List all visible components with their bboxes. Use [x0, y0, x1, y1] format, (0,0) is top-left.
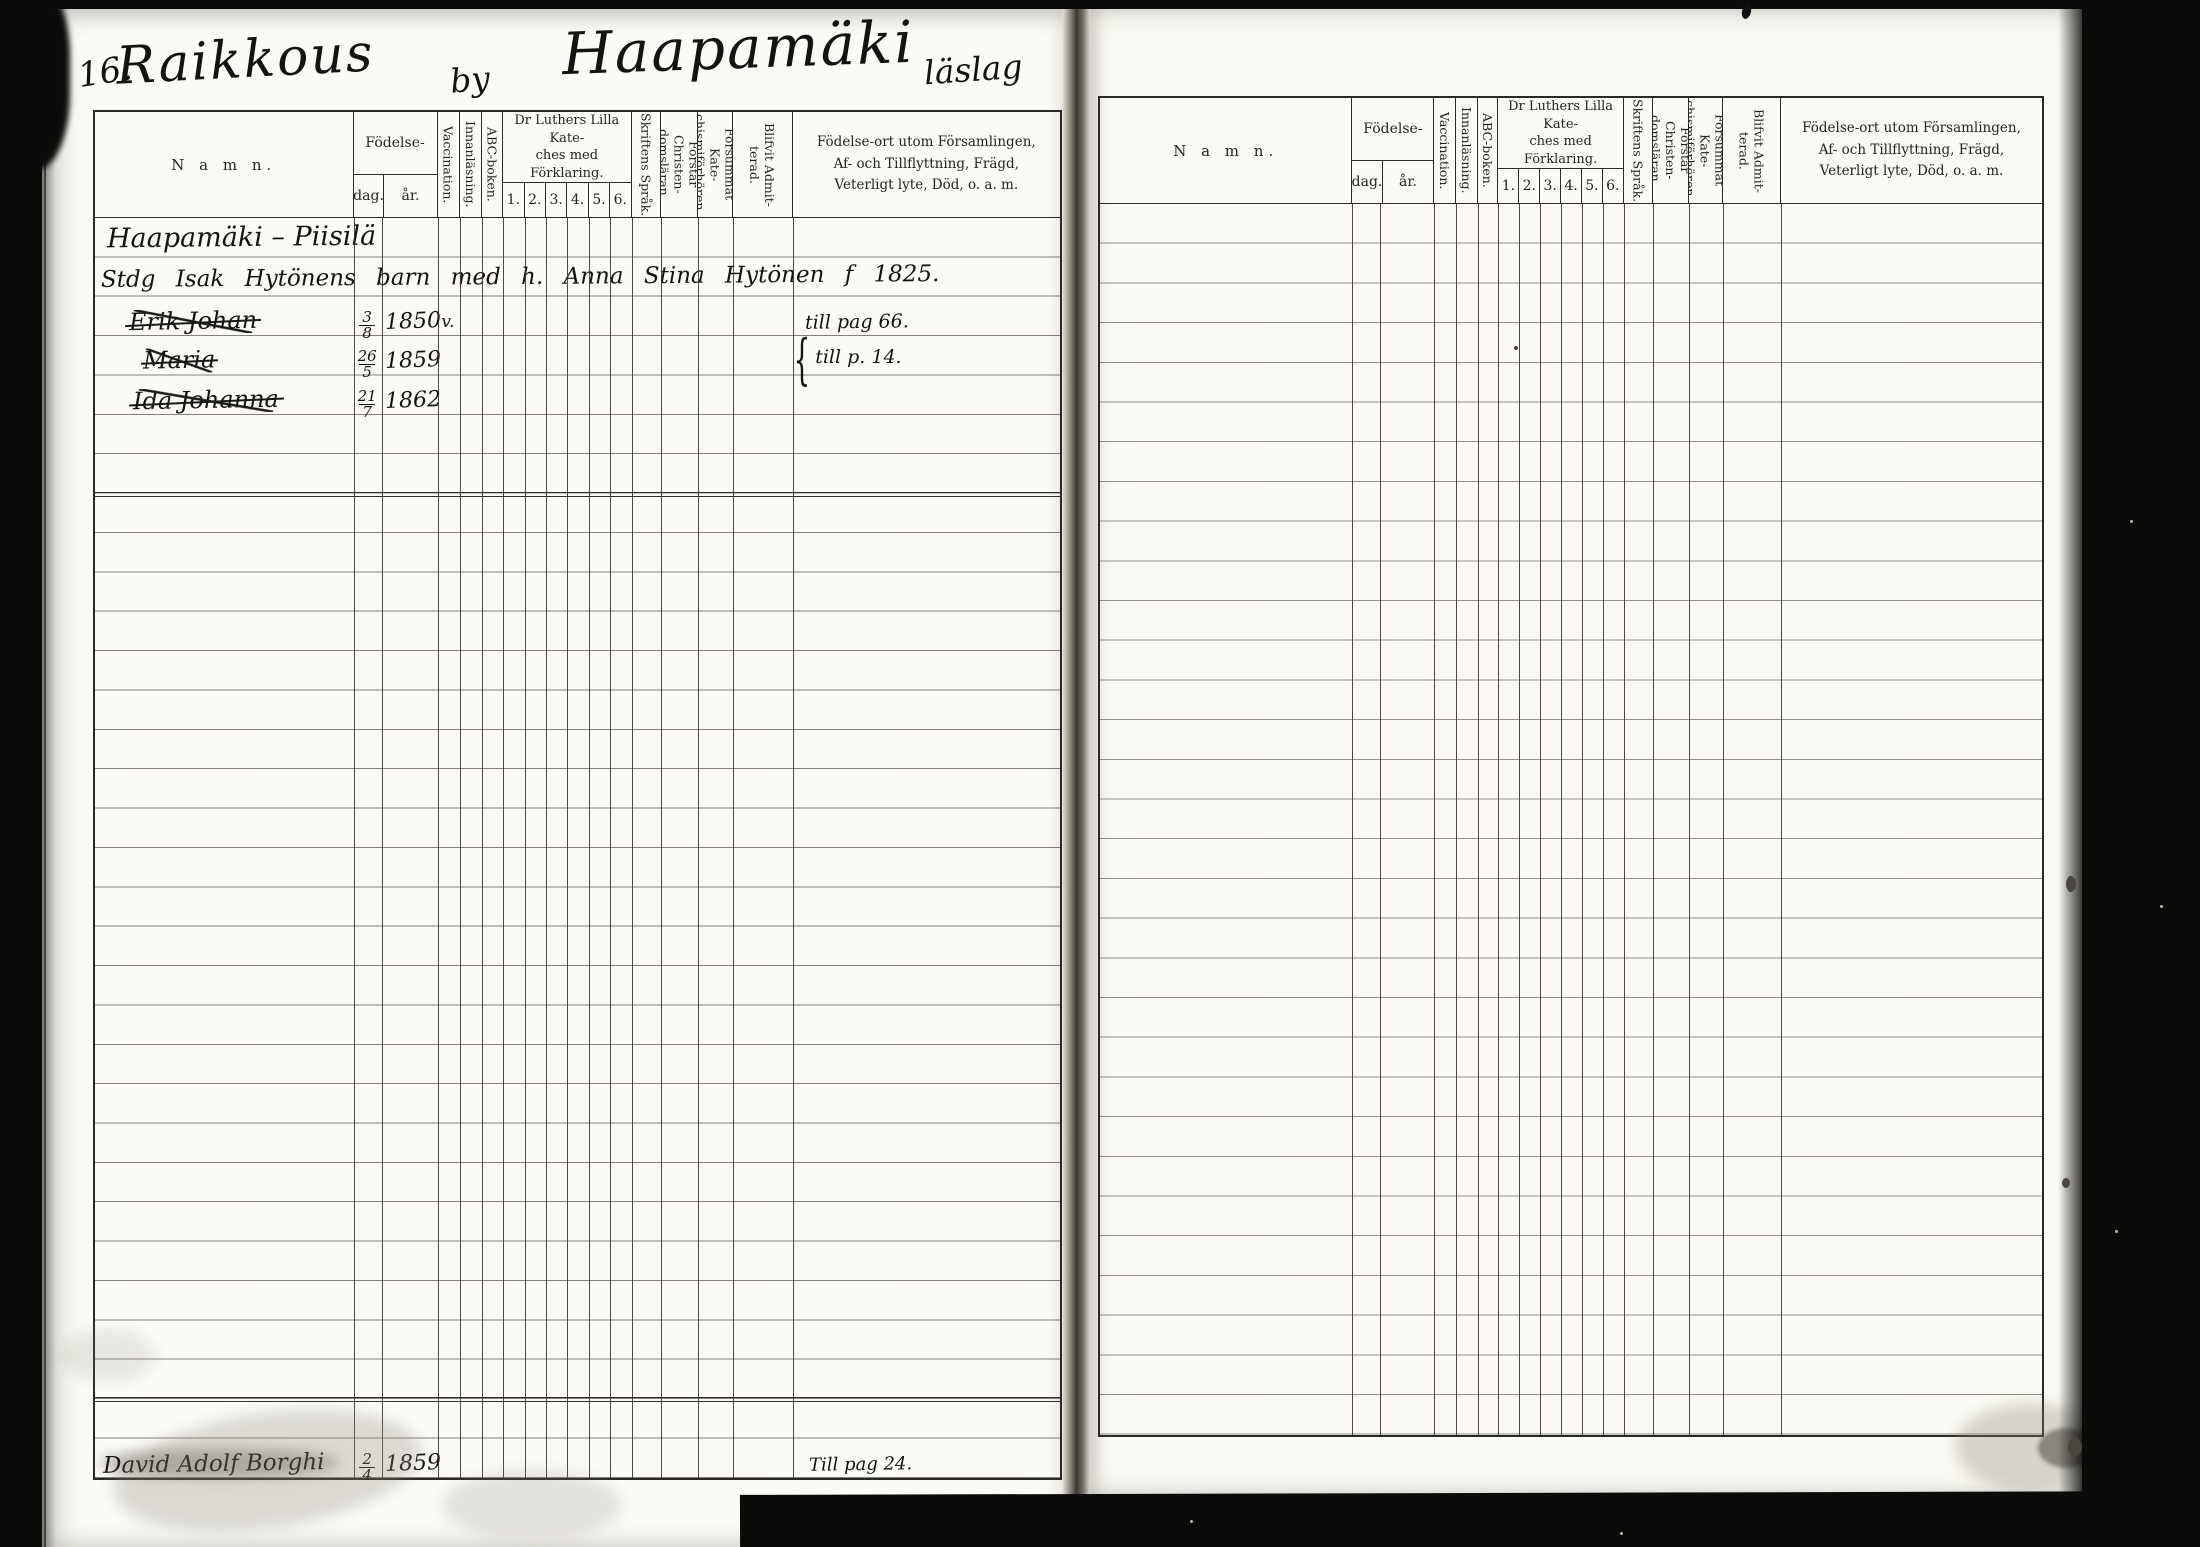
column-rule-line — [1478, 204, 1479, 1435]
header-label: ches med Förklaring. — [503, 147, 630, 182]
header-label: Innanläsning. — [1459, 107, 1474, 193]
catechism-title: Dr Luthers Lilla Kate- ches med Förklari… — [503, 112, 630, 182]
entry-birth-year: 1850 — [384, 308, 441, 335]
column-header-name: N a m n. — [1100, 98, 1352, 203]
column-rule-line — [733, 218, 734, 1478]
dust-speck — [1190, 1520, 1193, 1523]
scanner-edge-left-fade — [26, 0, 56, 1547]
section-divider-line — [95, 492, 1060, 497]
catechism-subcolumns: 1. 2. 3. 4. 5. 6. — [503, 182, 630, 217]
column-header-birth: Födelse- dag. år. — [1352, 98, 1434, 203]
table-body — [1100, 204, 2042, 1435]
catechism-subcolumns: 1. 2. 3. 4. 5. 6. — [1498, 168, 1622, 203]
header-label: Födelse-ort utom Församlingen, — [1802, 118, 2021, 140]
header-label: Blifvit Admit- — [1751, 109, 1766, 193]
dust-speck — [2130, 520, 2133, 523]
column-header-vaccination: Vaccination. — [1434, 98, 1456, 203]
group-note-text: till p. 14. — [815, 346, 901, 368]
column-header-admitted: Blifvit Admit-terad. — [1723, 98, 1781, 203]
ink-speck — [2062, 1178, 2070, 1188]
dust-speck — [2160, 905, 2163, 908]
header-label-year: år. — [384, 175, 436, 217]
header-label: Försummat Kate- — [1698, 98, 1723, 203]
column-header-admitted: Blifvit Admit-terad. — [733, 112, 793, 217]
column-rule-line — [503, 218, 504, 1478]
header-label: chismiförhören. — [1689, 98, 1698, 203]
column-rule-line — [438, 218, 439, 1478]
table-body: Haapamäki – Piisilä Stdg Isak Hytönens b… — [95, 218, 1060, 1478]
paper-stain — [442, 1470, 622, 1540]
birth-day: 26 — [358, 349, 377, 364]
birth-subheader: dag. år. — [1352, 160, 1433, 203]
column-header-abc: ABC-boken. — [482, 112, 503, 217]
column-rule-line — [354, 218, 355, 1478]
ink-speck — [2068, 1438, 2082, 1456]
binding-streak — [44, 8, 46, 1547]
column-rule-line — [1519, 204, 1520, 1435]
column-header-notes: Födelse-ort utom Församlingen, Af- och T… — [793, 112, 1060, 217]
table-header: N a m n. Födelse- dag. år. Vaccination. … — [95, 112, 1060, 218]
column-header-name: N a m n. — [95, 112, 354, 217]
entry-family-heading: Stdg Isak Hytönens barn med h. Anna Stin… — [101, 256, 940, 299]
ledger-table-left: N a m n. Födelse- dag. år. Vaccination. … — [93, 110, 1062, 1480]
subcolumn-4: 4. — [1560, 169, 1581, 203]
header-label: domsläran. — [661, 112, 671, 217]
header-label: Födelse- — [354, 112, 437, 174]
entry-section-heading: Haapamäki – Piisilä — [107, 218, 377, 258]
column-rule-line — [382, 218, 383, 1478]
district-suffix: läslag — [923, 47, 1024, 93]
column-rule-line — [1781, 204, 1782, 1435]
ledger-row: Ida Johanna 217 1862 — [95, 376, 1060, 415]
column-header-missed: Försummat Kate-chismiförhören. — [698, 112, 733, 217]
header-label: Af- och Tillflyttning, Frägd, — [1819, 140, 2004, 162]
ink-speck — [2066, 876, 2076, 892]
column-rule-line — [482, 218, 483, 1478]
column-rule-line — [1689, 204, 1690, 1435]
entry-vaccination-mark: v. — [441, 312, 454, 332]
column-rule-line — [1380, 204, 1381, 1435]
header-label: Skriftens Språk. — [638, 113, 653, 216]
header-label: Veterligt lyte, Död, o. a. m. — [834, 175, 1018, 197]
header-label: Veterligt lyte, Död, o. a. m. — [1820, 161, 2004, 183]
header-label: Födelse-ort utom Församlingen, — [817, 132, 1036, 154]
header-label: Innanläsning. — [463, 121, 478, 207]
header-label: ches med Förklaring. — [1498, 133, 1622, 168]
header-label: Vaccination. — [441, 126, 456, 203]
column-rule-line — [661, 218, 662, 1478]
subcolumn-2: 2. — [524, 183, 545, 217]
subcolumn-6: 6. — [609, 183, 630, 217]
column-rule-line — [1540, 204, 1541, 1435]
entry-name: Erik Johan — [129, 306, 258, 336]
table-header: N a m n. Födelse- dag. år. Vaccination. … — [1100, 98, 2042, 204]
column-rule-line — [1498, 204, 1499, 1435]
ledger-row: Maria 265 1859 — [95, 336, 1060, 375]
birth-subheader: dag. år. — [354, 174, 437, 217]
subcolumn-5: 5. — [588, 183, 609, 217]
column-rule-line — [546, 218, 547, 1478]
header-label: N a m n. — [1173, 142, 1278, 160]
column-header-understands: Förstår Christen-domsläran. — [661, 112, 698, 217]
subcolumn-4: 4. — [566, 183, 587, 217]
page-left: 16. Raikkous by Haapamäki läslag N a m n… — [42, 8, 1062, 1547]
column-rule-line — [1723, 204, 1724, 1435]
column-rule-line — [1582, 204, 1583, 1435]
column-rule-line — [698, 218, 699, 1478]
dust-speck — [2115, 1230, 2118, 1233]
header-label: Förstår Christen- — [1663, 98, 1689, 203]
ink-speck — [1514, 346, 1518, 350]
header-label: terad. — [1736, 109, 1751, 193]
scanner-edge-top — [0, 0, 2200, 9]
scanner-edge-left — [0, 0, 26, 1547]
dust-speck — [1620, 1532, 1623, 1535]
column-rule-line — [525, 218, 526, 1478]
column-rule-line — [1603, 204, 1604, 1435]
entry-birth-year: 1859 — [384, 348, 441, 375]
header-label: Vaccination. — [1437, 112, 1452, 189]
entry-group-note: {till p. 14. — [794, 346, 902, 376]
village-title: Raikkous — [115, 23, 376, 96]
header-label: chismiförhören. — [698, 112, 707, 217]
paper-stain — [60, 1328, 155, 1383]
subcolumn-3: 3. — [1539, 169, 1560, 203]
column-rule-line — [632, 218, 633, 1478]
header-label: Af- och Tillflyttning, Frägd, — [834, 154, 1019, 176]
village-by-word: by — [448, 58, 491, 100]
scanned-ledger-spread: 16. Raikkous by Haapamäki läslag N a m n… — [0, 0, 2200, 1547]
header-label-day: dag. — [1352, 161, 1382, 203]
header-label: domsläran. — [1653, 98, 1663, 203]
column-header-missed: Försummat Kate-chismiförhören. — [1689, 98, 1723, 203]
catechism-title: Dr Luthers Lilla Kate- ches med Förklari… — [1498, 98, 1622, 168]
brace-glyph: { — [794, 330, 811, 393]
header-label: ABC-boken. — [485, 127, 500, 202]
birth-day: 21 — [358, 389, 377, 404]
section-divider-line — [95, 1397, 1060, 1402]
column-header-scripture: Skriftens Språk. — [632, 112, 662, 217]
column-rule-line — [567, 218, 568, 1478]
column-header-catechism: Dr Luthers Lilla Kate- ches med Förklari… — [503, 112, 631, 217]
subcolumn-6: 6. — [1602, 169, 1623, 203]
entry-note: till pag 66. — [805, 310, 909, 333]
subcolumn-1: 1. — [1498, 169, 1518, 203]
entry-name: Ida Johanna — [133, 385, 279, 416]
column-header-scripture: Skriftens Språk. — [1624, 98, 1653, 203]
entry-note: Till pag 24. — [809, 1453, 912, 1475]
scanner-edge-right-fade — [2058, 0, 2084, 1547]
header-label: ABC-boken. — [1480, 113, 1495, 188]
column-rule-line — [1624, 204, 1625, 1435]
ledger-table-right: N a m n. Födelse- dag. år. Vaccination. … — [1098, 96, 2044, 1437]
column-rule-line — [1561, 204, 1562, 1435]
scanner-edge-bottom — [740, 1491, 2200, 1547]
header-label: N a m n. — [171, 156, 276, 174]
district-title: Haapamäki — [561, 8, 916, 88]
column-rule-line — [1653, 204, 1654, 1435]
birth-month: 7 — [359, 404, 375, 420]
header-label: Försummat Kate- — [707, 112, 732, 217]
column-header-reading: Innanläsning. — [460, 112, 482, 217]
column-rule-line — [589, 218, 590, 1478]
header-label: Blifvit Admit- — [762, 123, 777, 207]
header-label: Förstår Christen- — [672, 112, 698, 217]
column-header-birth: Födelse- dag. år. — [354, 112, 438, 217]
entry-birth-year: 1862 — [384, 387, 441, 414]
entry-birth-date: 217 — [353, 389, 382, 420]
header-label: Dr Luthers Lilla Kate- — [1498, 98, 1622, 133]
header-label: Födelse- — [1352, 98, 1433, 160]
column-header-notes: Födelse-ort utom Församlingen, Af- och T… — [1781, 98, 2042, 203]
column-rule-line — [1434, 204, 1435, 1435]
scanner-edge-right — [2082, 0, 2200, 1547]
entry-name: Maria — [143, 346, 216, 375]
column-rule-line — [793, 218, 794, 1478]
scanner-corner-blob — [0, 0, 70, 170]
column-header-vaccination: Vaccination. — [438, 112, 460, 217]
subcolumn-3: 3. — [545, 183, 566, 217]
book-gutter — [1062, 8, 1090, 1497]
ledger-row: Erik Johan 38 1850 v. till pag 66. — [95, 297, 1060, 336]
column-header-abc: ABC-boken. — [1478, 98, 1499, 203]
header-label: Dr Luthers Lilla Kate- — [503, 112, 630, 147]
birth-day: 3 — [362, 310, 372, 325]
header-label-year: år. — [1383, 161, 1434, 203]
header-label: terad. — [747, 123, 762, 207]
subcolumn-2: 2. — [1518, 169, 1539, 203]
subcolumn-5: 5. — [1581, 169, 1602, 203]
column-rule-line — [1456, 204, 1457, 1435]
subcolumn-1: 1. — [503, 183, 523, 217]
column-header-catechism: Dr Luthers Lilla Kate- ches med Förklari… — [1498, 98, 1623, 203]
column-header-reading: Innanläsning. — [1456, 98, 1478, 203]
column-rule-line — [1352, 204, 1353, 1435]
header-label-day: dag. — [354, 175, 385, 217]
page-right: N a m n. Födelse- dag. år. Vaccination. … — [1090, 8, 2105, 1497]
column-rule-line — [610, 218, 611, 1478]
column-header-understands: Förstår Christen-domsläran. — [1653, 98, 1689, 203]
column-rule-line — [460, 218, 461, 1478]
header-label: Skriftens Språk. — [1630, 99, 1645, 202]
